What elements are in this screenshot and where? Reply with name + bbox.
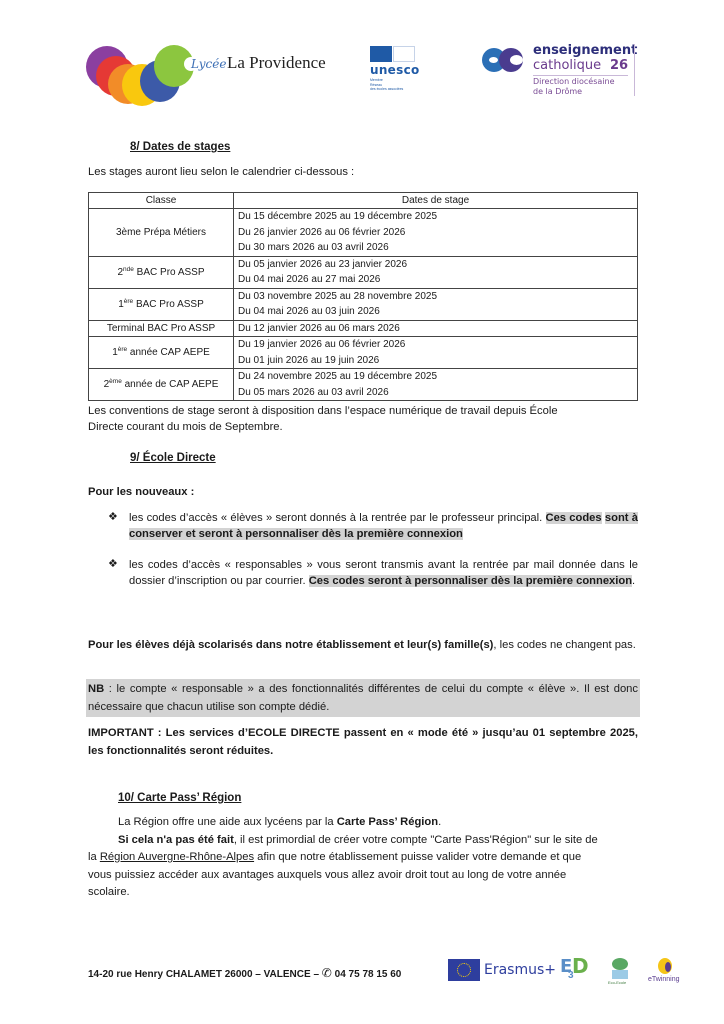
ec-sub2: de la Drôme bbox=[533, 87, 582, 97]
nb-text: : le compte « responsable » a des foncti… bbox=[88, 683, 638, 713]
pass-bold: Carte Pass’ Région bbox=[337, 816, 438, 828]
pass-line: Si cela n'a pas été fait, il est primord… bbox=[88, 832, 648, 850]
date-range: Du 04 mai 2026 au 27 mai 2026 bbox=[238, 272, 633, 288]
address-text: 14-20 rue Henry CHALAMET 26000 – VALENCE… bbox=[88, 969, 319, 980]
class-ordinal-suffix: ère bbox=[124, 298, 133, 305]
footer-address: 14-20 rue Henry CHALAMET 26000 – VALENCE… bbox=[88, 966, 401, 980]
etwinning-logo: eTwinning bbox=[648, 956, 684, 986]
class-name: 3ème Prépa Métiers bbox=[116, 227, 206, 238]
class-ordinal-suffix: nde bbox=[123, 266, 134, 273]
class-cell: Terminal BAC Pro ASSP bbox=[89, 320, 234, 337]
date-range: Du 03 novembre 2025 au 28 novembre 2025 bbox=[238, 289, 633, 305]
table-row: 2nde BAC Pro ASSPDu 05 janvier 2026 au 2… bbox=[89, 256, 638, 288]
dates-cell: Du 05 janvier 2026 au 23 janvier 2026Du … bbox=[234, 256, 638, 288]
diamond-bullet-icon: ❖ bbox=[108, 510, 118, 523]
important-note: IMPORTANT : Les services d’ECOLE DIRECTE… bbox=[88, 724, 638, 760]
dates-cell: Du 24 novembre 2025 au 19 décembre 2025D… bbox=[234, 369, 638, 401]
class-cell: 3ème Prépa Métiers bbox=[89, 209, 234, 257]
header-dates: Dates de stage bbox=[234, 193, 638, 209]
unesco-temple-icon bbox=[370, 46, 392, 62]
date-range: Du 05 mars 2026 au 03 avril 2026 bbox=[238, 385, 633, 401]
date-range: Du 04 mai 2026 au 03 juin 2026 bbox=[238, 304, 633, 320]
dates-cell: Du 19 janvier 2026 au 06 février 2026Du … bbox=[234, 337, 638, 369]
school-logo: Lycée La Providence bbox=[84, 40, 344, 110]
dates-cell: Du 03 novembre 2025 au 28 novembre 2025D… bbox=[234, 288, 638, 320]
bullet-students-codes: les codes d’accès « élèves » seront donn… bbox=[129, 510, 638, 542]
phone-number: 04 75 78 15 60 bbox=[335, 969, 402, 980]
pass-text: . bbox=[438, 816, 441, 828]
pass-text: afin que notre établissement puisse vali… bbox=[254, 851, 581, 863]
stages-table: Classe Dates de stage 3ème Prépa Métiers… bbox=[88, 192, 638, 401]
bullet-text: . bbox=[632, 575, 635, 587]
erasmus-logo: Erasmus+ bbox=[484, 962, 556, 978]
eco-ecole-logo: Eco-Ecole bbox=[608, 958, 632, 984]
footer-partner-logos: Erasmus+ E D 3 Eco-Ecole eTwinning bbox=[448, 956, 688, 988]
class-cell: 1ère BAC Pro ASSP bbox=[89, 288, 234, 320]
date-range: Du 30 mars 2026 au 03 avril 2026 bbox=[238, 240, 633, 256]
ec-divider bbox=[533, 75, 628, 76]
existing-normal: , les codes ne changent pas. bbox=[493, 639, 635, 651]
e3d-logo: E D 3 bbox=[560, 956, 592, 986]
unesco-network-icon bbox=[393, 46, 415, 62]
ec-number: 26 bbox=[610, 58, 628, 73]
class-cell: 2nde BAC Pro ASSP bbox=[89, 256, 234, 288]
logo-lycee-text: Lycée bbox=[191, 57, 226, 71]
date-range: Du 12 janvier 2026 au 06 mars 2026 bbox=[238, 321, 633, 337]
ec-logo: enseignement catholique 26 Direction dio… bbox=[482, 44, 642, 100]
bullet-highlight: Ces codes bbox=[546, 512, 602, 524]
conventions-line: Les conventions de stage seront à dispos… bbox=[88, 403, 648, 419]
class-ordinal-suffix: ème bbox=[109, 378, 122, 385]
ec-line1: enseignement bbox=[533, 43, 637, 58]
logo-school-name: La Providence bbox=[227, 53, 326, 73]
region-link[interactable]: Région Auvergne-Rhône-Alpes bbox=[100, 851, 254, 863]
etwinning-text: eTwinning bbox=[648, 976, 680, 983]
phone-icon: ✆ bbox=[322, 966, 332, 980]
pass-bold: Si cela n'a pas été fait bbox=[118, 834, 234, 846]
dates-cell: Du 15 décembre 2025 au 19 décembre 2025D… bbox=[234, 209, 638, 257]
class-ordinal-suffix: ère bbox=[118, 346, 127, 353]
section8-title: 8/ Dates de stages bbox=[130, 141, 230, 153]
unesco-caption: Membre Réseau des écoles associées bbox=[370, 78, 403, 92]
section10-title: 10/ Carte Pass’ Région bbox=[118, 792, 241, 804]
class-name-rest: année de CAP AEPE bbox=[122, 379, 219, 390]
table-row: 2ème année de CAP AEPEDu 24 novembre 202… bbox=[89, 369, 638, 401]
table-row: 1ère année CAP AEPEDu 19 janvier 2026 au… bbox=[89, 337, 638, 369]
date-range: Du 24 novembre 2025 au 19 décembre 2025 bbox=[238, 369, 633, 385]
bullet-text: les codes d’accès « élèves » seront donn… bbox=[129, 512, 546, 524]
table-row: Terminal BAC Pro ASSPDu 12 janvier 2026 … bbox=[89, 320, 638, 337]
bullet-parents-codes: les codes d’accès « responsables » vous … bbox=[129, 557, 638, 589]
date-range: Du 01 juin 2026 au 19 juin 2026 bbox=[238, 353, 633, 369]
unesco-wordmark: unesco bbox=[370, 63, 420, 77]
class-cell: 1ère année CAP AEPE bbox=[89, 337, 234, 369]
pass-text: La Région offre une aide aux lycéens par… bbox=[118, 816, 337, 828]
eu-flag-icon bbox=[448, 959, 480, 981]
class-name: Terminal BAC Pro ASSP bbox=[107, 323, 215, 334]
new-students-label: Pour les nouveaux : bbox=[88, 484, 194, 500]
pass-text: la bbox=[88, 851, 100, 863]
class-name-rest: année CAP AEPE bbox=[127, 347, 210, 358]
conventions-line: Directe courant du mois de Septembre. bbox=[88, 419, 648, 435]
ec-mark-icon bbox=[482, 48, 524, 74]
class-name-rest: BAC Pro ASSP bbox=[134, 267, 205, 278]
header-classe: Classe bbox=[89, 193, 234, 209]
date-range: Du 26 janvier 2026 au 06 février 2026 bbox=[238, 225, 633, 241]
pass-line: vous puissiez accéder aux avantages auxq… bbox=[88, 867, 648, 885]
pass-line: La Région offre une aide aux lycéens par… bbox=[88, 814, 648, 832]
pass-text: , il est primordial de créer votre compt… bbox=[234, 834, 598, 846]
section9-title: 9/ École Directe bbox=[130, 452, 216, 464]
ec-line2: catholique bbox=[533, 58, 601, 73]
nb-note: NB : le compte « responsable » a des fon… bbox=[86, 679, 640, 717]
date-range: Du 05 janvier 2026 au 23 janvier 2026 bbox=[238, 257, 633, 273]
date-range: Du 19 janvier 2026 au 06 février 2026 bbox=[238, 337, 633, 353]
bullet-highlight: Ces codes seront à personnaliser dès la … bbox=[309, 575, 632, 587]
existing-bold: Pour les élèves déjà scolarisés dans not… bbox=[88, 639, 493, 651]
table-row: 3ème Prépa MétiersDu 15 décembre 2025 au… bbox=[89, 209, 638, 257]
ec-vertical-rule bbox=[634, 44, 635, 96]
class-name-rest: BAC Pro ASSP bbox=[133, 299, 204, 310]
class-cell: 2ème année de CAP AEPE bbox=[89, 369, 234, 401]
unesco-caption-line: des écoles associées bbox=[370, 87, 403, 92]
conventions-text: Les conventions de stage seront à dispos… bbox=[88, 403, 648, 435]
dates-cell: Du 12 janvier 2026 au 06 mars 2026 bbox=[234, 320, 638, 337]
section8-intro: Les stages auront lieu selon le calendri… bbox=[88, 164, 354, 180]
ec-sub1: Direction diocésaine bbox=[533, 77, 614, 87]
unesco-logo: unesco Membre Réseau des écoles associée… bbox=[370, 46, 430, 96]
pass-line: la Région Auvergne-Rhône-Alpes afin que … bbox=[88, 849, 648, 867]
table-row: 1ère BAC Pro ASSPDu 03 novembre 2025 au … bbox=[89, 288, 638, 320]
pass-line: scolaire. bbox=[88, 884, 648, 902]
existing-students-text: Pour les élèves déjà scolarisés dans not… bbox=[88, 636, 638, 654]
table-header-row: Classe Dates de stage bbox=[89, 193, 638, 209]
diamond-bullet-icon: ❖ bbox=[108, 557, 118, 570]
nb-label: NB bbox=[88, 683, 104, 695]
pass-region-text: La Région offre une aide aux lycéens par… bbox=[88, 814, 648, 902]
date-range: Du 15 décembre 2025 au 19 décembre 2025 bbox=[238, 209, 633, 225]
